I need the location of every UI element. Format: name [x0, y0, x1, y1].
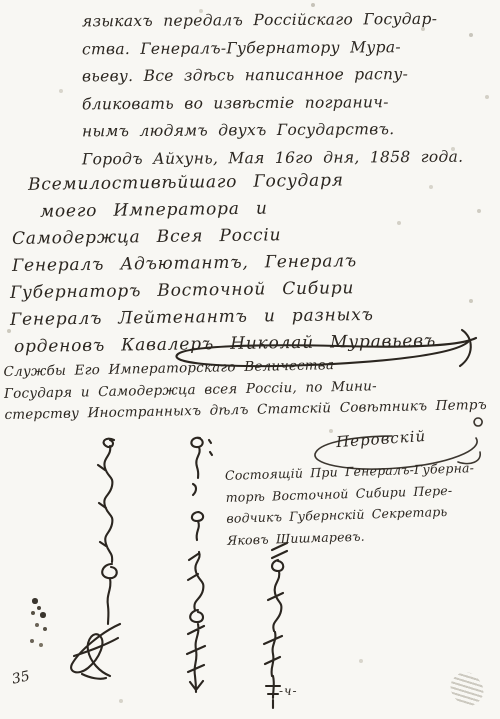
manuscript-page: языкахъ передалъ Россійскаго Государ- ст…: [0, 0, 500, 719]
corner-smudge: [445, 666, 490, 711]
translator-attestation-block: Состоящій При Генералъ-Губерна- торѣ Вос…: [225, 457, 477, 551]
handwritten-line: нымъ людямъ двухъ Государствъ.: [82, 116, 464, 146]
ink-blot: [30, 598, 32, 600]
page-number: 35: [11, 668, 32, 687]
handwritten-line: бликовать во извѣстіе погранич-: [82, 88, 464, 118]
treaty-closing-paragraph: языкахъ передалъ Россійскаго Государ- ст…: [82, 7, 463, 173]
manchu-script-column-middle: [176, 428, 222, 694]
ministry-attestation-block: Службы Его Императорскаго Величества Гос…: [3, 352, 487, 427]
paper-speckles: [0, 0, 2, 2]
handwritten-line: вьеву. Все здѣсь написанное распу-: [82, 61, 464, 91]
manchu-seal-scribble: [60, 616, 132, 686]
handwritten-line: языкахъ передалъ Россійскаго Государ-: [82, 6, 464, 36]
handwritten-line: ства. Генералъ-Губернатору Мура-: [82, 33, 464, 63]
sheet-marker: -ч-: [279, 684, 298, 698]
manchu-script-column-left: [86, 432, 132, 632]
